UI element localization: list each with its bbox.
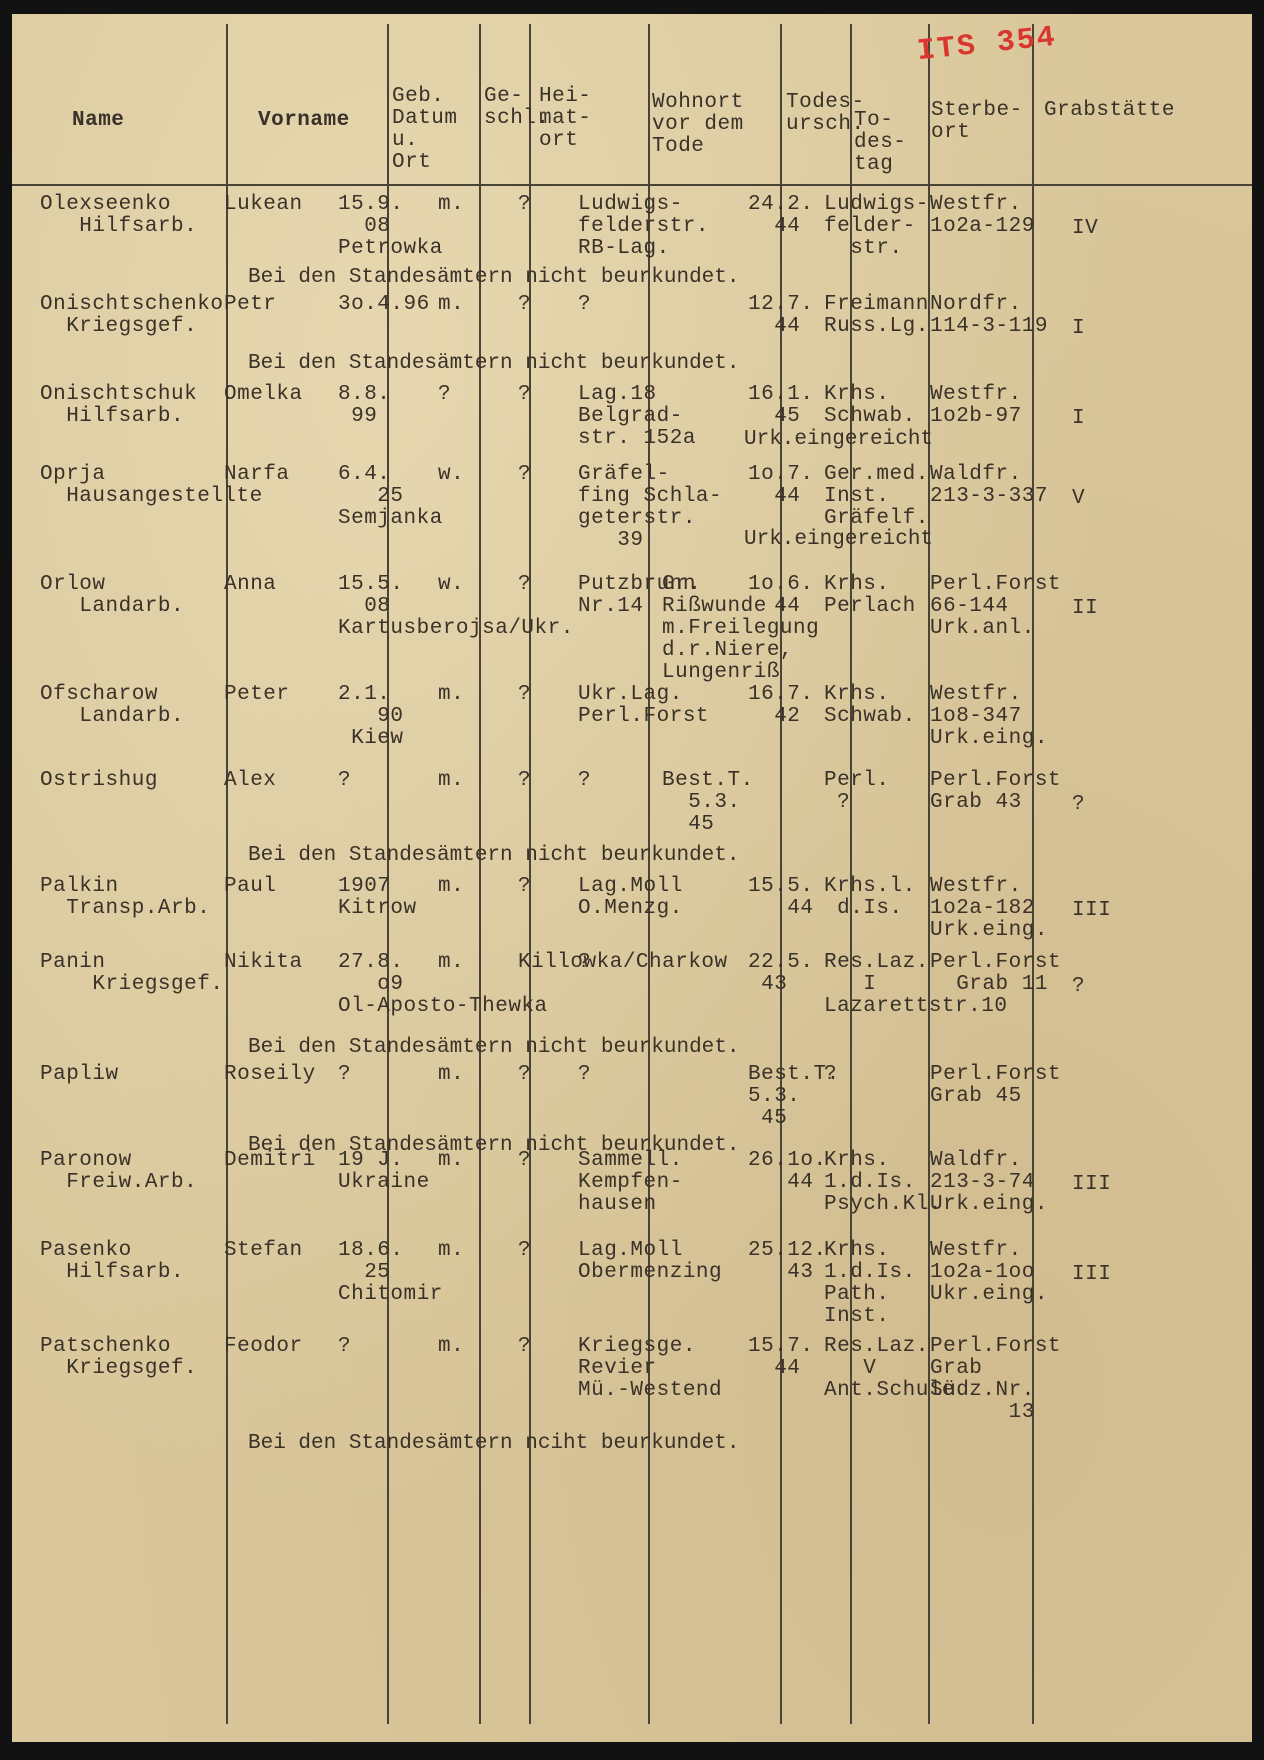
record-vorname: Petr	[224, 294, 276, 316]
record-wohnort: Lag.18 Belgrad- str. 152a	[578, 384, 696, 450]
column-divider	[928, 24, 930, 1724]
record-todestag: 26.1o. 44	[748, 1150, 827, 1194]
record-todestag: 16.7. 42	[748, 684, 814, 728]
record-wohnort: Lag.Moll Obermenzing	[578, 1240, 722, 1284]
record-geschl: ?	[438, 384, 451, 406]
record-grab: Perl.Forst 66-144 Urk.anl.	[930, 574, 1061, 640]
record-vorname: Feodor	[224, 1336, 303, 1358]
record-vorname: Alex	[224, 770, 276, 792]
record-sterbeort: Krhs. 1.d.Is. Psych.Kl.	[824, 1150, 942, 1216]
column-divider	[850, 24, 852, 1724]
record-sterbeort: Krhs. 1.d.Is. Path. Inst.	[824, 1240, 916, 1328]
record-sterbeort: Perl. ?	[824, 770, 890, 814]
record-grab: Westfr. 1o2b-97	[930, 384, 1022, 428]
column-divider	[1032, 24, 1034, 1724]
record-todestag: 25.12. 43	[748, 1240, 827, 1284]
record-todestag: 24.2. 44	[748, 194, 814, 238]
record-geschl: m.	[438, 770, 464, 792]
record-name: Papliw	[40, 1064, 119, 1086]
record-todestag: 16.1. 45	[748, 384, 814, 428]
record-sterbeort: Krhs. Schwab.	[824, 384, 916, 428]
record-geschl: m.	[438, 1336, 464, 1358]
record-note: Bei den Standesämtern nciht beurkundet.	[248, 1432, 739, 1455]
record-mark: III	[1072, 900, 1111, 922]
record-note: Urk.eingereicht	[744, 528, 933, 551]
record-geschl: m.	[438, 1150, 464, 1172]
record-vorname: Stefan	[224, 1240, 303, 1262]
record-sterbeort: Ger.med. Inst. Gräfelf.	[824, 464, 929, 530]
record-name: Ostrishug	[40, 770, 158, 792]
record-todestag: 15.5. 44	[748, 876, 814, 920]
header-todestag: To- des- tag	[854, 110, 906, 176]
record-heimat: ?	[518, 384, 531, 406]
record-wohnort: ?	[578, 1064, 591, 1086]
record-geb: 1907 Kitrow	[338, 876, 417, 920]
record-wohnort: ?	[578, 294, 591, 316]
header-sterbeort: Sterbe- ort	[931, 100, 1023, 144]
record-note: Urk.eingereicht	[744, 428, 933, 451]
record-wohnort: Ukr.Lag. Perl.Forst	[578, 684, 709, 728]
record-grab: Waldfr. 213-3-74 Urk.eing.	[930, 1150, 1048, 1216]
record-vorname: Anna	[224, 574, 276, 596]
record-ursache: Best.T. 5.3. 45	[662, 770, 754, 836]
record-todestag: 1o.7. 44	[748, 464, 814, 508]
record-heimat: ?	[518, 464, 531, 486]
record-wohnort: Lag.Moll O.Menzg.	[578, 876, 683, 920]
record-mark: II	[1072, 598, 1098, 620]
record-geschl: w.	[438, 464, 464, 486]
record-name: Pasenko Hilfsarb.	[40, 1240, 184, 1284]
record-geb: 19 J. Ukraine	[338, 1150, 430, 1194]
record-sterbeort: Krhs.l. d.Is.	[824, 876, 916, 920]
record-name: Onischtschuk Hilfsarb.	[40, 384, 197, 428]
record-heimat: ?	[518, 1336, 531, 1358]
record-wohnort: Kriegsge. Revier Mü.-Westend	[578, 1336, 722, 1402]
header-todesursache: Todes- ursch.	[786, 92, 865, 136]
record-geschl: m.	[438, 294, 464, 316]
header-name: Name	[72, 110, 124, 132]
record-heimat: ?	[518, 1064, 531, 1086]
record-vorname: Demitri	[224, 1150, 316, 1172]
record-geb: 2.1. 90 Kiew	[338, 684, 404, 750]
record-note: Bei den Standesämtern nicht beurkundet.	[248, 352, 739, 375]
record-wohnort: ?	[578, 952, 591, 974]
record-grab: Westfr. 1o2a-1oo Ukr.eing.	[930, 1240, 1048, 1306]
record-wohnort: ?	[578, 770, 591, 792]
document-page: ITS 354 Name Vorname Geb. Datum u. Ort G…	[12, 14, 1252, 1742]
record-geschl: m.	[438, 684, 464, 706]
header-wohnort: Wohnort vor dem Tode	[652, 92, 744, 158]
record-geb: 6.4. 25 Semjanka	[338, 464, 443, 530]
record-name: Panin Kriegsgef.	[40, 952, 223, 996]
record-mark: I	[1072, 318, 1085, 340]
record-grab: Westfr. 1o2a-129	[930, 194, 1035, 238]
record-vorname: Roseily	[224, 1064, 316, 1086]
header-grabstaette: Grabstätte	[1044, 100, 1175, 122]
record-sterbeort: Krhs. Schwab.	[824, 684, 916, 728]
record-geschl: w.	[438, 574, 464, 596]
record-mark: III	[1072, 1264, 1111, 1286]
record-note: Bei den Standesämtern nicht beurkundet.	[248, 266, 739, 289]
record-todestag: 15.7. 44	[748, 1336, 814, 1380]
header-geb: Geb. Datum u. Ort	[392, 86, 458, 174]
column-divider	[226, 24, 228, 1724]
record-geb: ?	[338, 1064, 351, 1086]
record-grab: Westfr. 1o2a-182 Urk.eing.	[930, 876, 1048, 942]
record-mark: ?	[1072, 794, 1085, 816]
record-grab: Perl.Forst Grab Südz.Nr. 13	[930, 1336, 1061, 1424]
record-geschl: m.	[438, 1064, 464, 1086]
record-grab: Perl.Forst Grab 11	[930, 952, 1061, 996]
record-name: Palkin Transp.Arb.	[40, 876, 210, 920]
record-mark: I	[1072, 408, 1085, 430]
record-geschl: m.	[438, 876, 464, 898]
record-heimat: ?	[518, 574, 531, 596]
record-vorname: Nikita	[224, 952, 303, 974]
record-name: Patschenko Kriegsgef.	[40, 1336, 197, 1380]
record-mark: IV	[1072, 218, 1098, 240]
record-heimat: Killowka/Charkow	[518, 952, 728, 974]
record-name: Olexseenko Hilfsarb.	[40, 194, 197, 238]
record-sterbeort: Freimann Russ.Lg.	[824, 294, 929, 338]
record-geb: 8.8. 99	[338, 384, 390, 428]
column-divider	[780, 24, 782, 1724]
record-heimat: ?	[518, 194, 531, 216]
record-grab: Waldfr. 213-3-337	[930, 464, 1048, 508]
record-heimat: ?	[518, 684, 531, 706]
record-note: Bei den Standesämtern nicht beurkundet.	[248, 1036, 739, 1059]
record-heimat: ?	[518, 294, 531, 316]
record-geb: 18.6. 25 Chitomir	[338, 1240, 443, 1306]
record-vorname: Peter	[224, 684, 290, 706]
record-geb: 15.9. 08 Petrowka	[338, 194, 443, 260]
record-geschl: m.	[438, 194, 464, 216]
record-name: Ofscharow Landarb.	[40, 684, 184, 728]
record-geschl: m.	[438, 1240, 464, 1262]
record-geb: ?	[338, 770, 351, 792]
record-heimat: ?	[518, 770, 531, 792]
record-wohnort: Sammell. Kempfen- hausen	[578, 1150, 683, 1216]
record-grab: Westfr. 1o8-347 Urk.eing.	[930, 684, 1048, 750]
record-grab: Nordfr. 114-3-119	[930, 294, 1048, 338]
record-name: Orlow Landarb.	[40, 574, 184, 618]
record-sterbeort: ?	[824, 1064, 837, 1086]
record-wohnort: Gräfel- fing Schla- geterstr. 39	[578, 464, 722, 552]
record-sterbeort: Krhs. Perlach	[824, 574, 916, 618]
record-vorname: Narfa	[224, 464, 290, 486]
record-heimat: ?	[518, 1150, 531, 1172]
record-todestag: 12.7. 44	[748, 294, 814, 338]
record-geb: ?	[338, 1336, 351, 1358]
record-note: Bei den Standesämtern nicht beurkundet.	[248, 844, 739, 867]
header-vorname: Vorname	[258, 110, 350, 132]
header-heimatort: Hei- mat- ort	[539, 86, 591, 152]
record-todestag: 1o.6. 44	[748, 574, 814, 618]
record-grab: Perl.Forst Grab 43	[930, 770, 1061, 814]
record-vorname: Paul	[224, 876, 276, 898]
record-grab: Perl.Forst Grab 45	[930, 1064, 1061, 1108]
header-divider	[12, 184, 1252, 186]
record-name: Onischtschenko Kriegsgef.	[40, 294, 223, 338]
record-vorname: Omelka	[224, 384, 303, 406]
record-geb: 3o.4.96	[338, 294, 430, 316]
record-mark: ?	[1072, 976, 1085, 998]
record-sterbeort: Ludwigs- felder- str.	[824, 194, 929, 260]
its-stamp: ITS 354	[916, 21, 1059, 69]
record-todestag: 22.5. 43	[748, 952, 814, 996]
record-vorname: Lukean	[224, 194, 303, 216]
record-geschl: m.	[438, 952, 464, 974]
record-mark: V	[1072, 488, 1085, 510]
record-heimat: ?	[518, 876, 531, 898]
record-mark: III	[1072, 1174, 1111, 1196]
record-wohnort: Ludwigs- felderstr. RB-Lag.	[578, 194, 709, 260]
record-name: Paronow Freiw.Arb.	[40, 1150, 197, 1194]
record-heimat: ?	[518, 1240, 531, 1262]
